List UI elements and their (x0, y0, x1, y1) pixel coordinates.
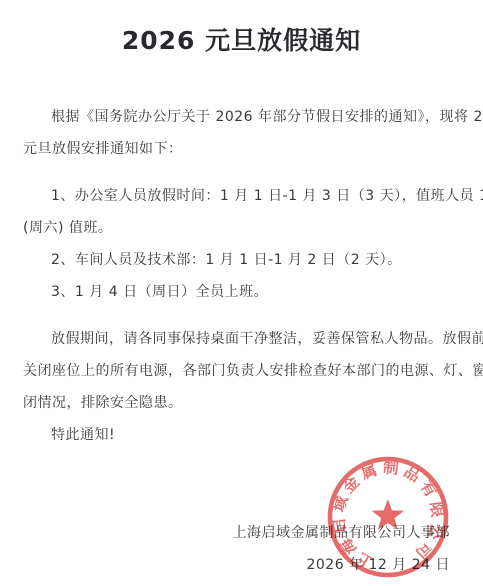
list-item-2: 2、车间人员及技术部：1 月 1 日-1 月 2 日（2 天）。 (23, 244, 455, 276)
paragraph-line: 特此通知! (23, 419, 455, 451)
signature-date: 2026 年 12 月 24 日 (0, 549, 450, 581)
paragraph-reminder: 放假期间，请各同事保持桌面干净整洁，妥善保管私人物品。放假前确认 关闭座位上的所… (23, 323, 455, 419)
paragraph-line: 闭情况，排除安全隐患。 (23, 387, 455, 419)
notice-document: 2026 元旦放假通知 根据《国务院办公厅关于 2026 年部分节假日安排的通知… (0, 0, 483, 586)
paragraph-line: 关闭座位上的所有电源，各部门负责人安排检查好本部门的电源、灯、窗户等关 (23, 355, 455, 387)
paragraph-line: 根据《国务院办公厅关于 2026 年部分节假日安排的通知》，现将 2026 年 (23, 101, 455, 133)
paragraph-line: (周六) 值班。 (23, 212, 455, 244)
signoff-block: 上海启域金属制品有限公司人事部 2026 年 12 月 24 日 (0, 517, 483, 581)
paragraph-line: 元旦放假安排通知如下： (23, 133, 455, 165)
paragraph-line: 1、办公室人员放假时间：1 月 1 日-1 月 3 日（3 天），值班人员 1 … (23, 180, 455, 212)
list-item-1: 1、办公室人员放假时间：1 月 1 日-1 月 3 日（3 天），值班人员 1 … (23, 180, 455, 244)
paragraph-closing: 特此通知! (23, 419, 455, 451)
paragraph-line: 2、车间人员及技术部：1 月 1 日-1 月 2 日（2 天）。 (23, 244, 455, 276)
paragraph-intro: 根据《国务院办公厅关于 2026 年部分节假日安排的通知》，现将 2026 年 … (23, 101, 455, 165)
paragraph-line: 3、1 月 4 日（周日）全员上班。 (23, 276, 455, 308)
list-item-3: 3、1 月 4 日（周日）全员上班。 (23, 276, 455, 308)
signature-company: 上海启域金属制品有限公司人事部 (0, 517, 450, 549)
page-title: 2026 元旦放假通知 (0, 0, 483, 57)
paragraph-line: 放假期间，请各同事保持桌面干净整洁，妥善保管私人物品。放假前确认 (23, 323, 455, 355)
notice-body: 根据《国务院办公厅关于 2026 年部分节假日安排的通知》，现将 2026 年 … (0, 101, 483, 451)
